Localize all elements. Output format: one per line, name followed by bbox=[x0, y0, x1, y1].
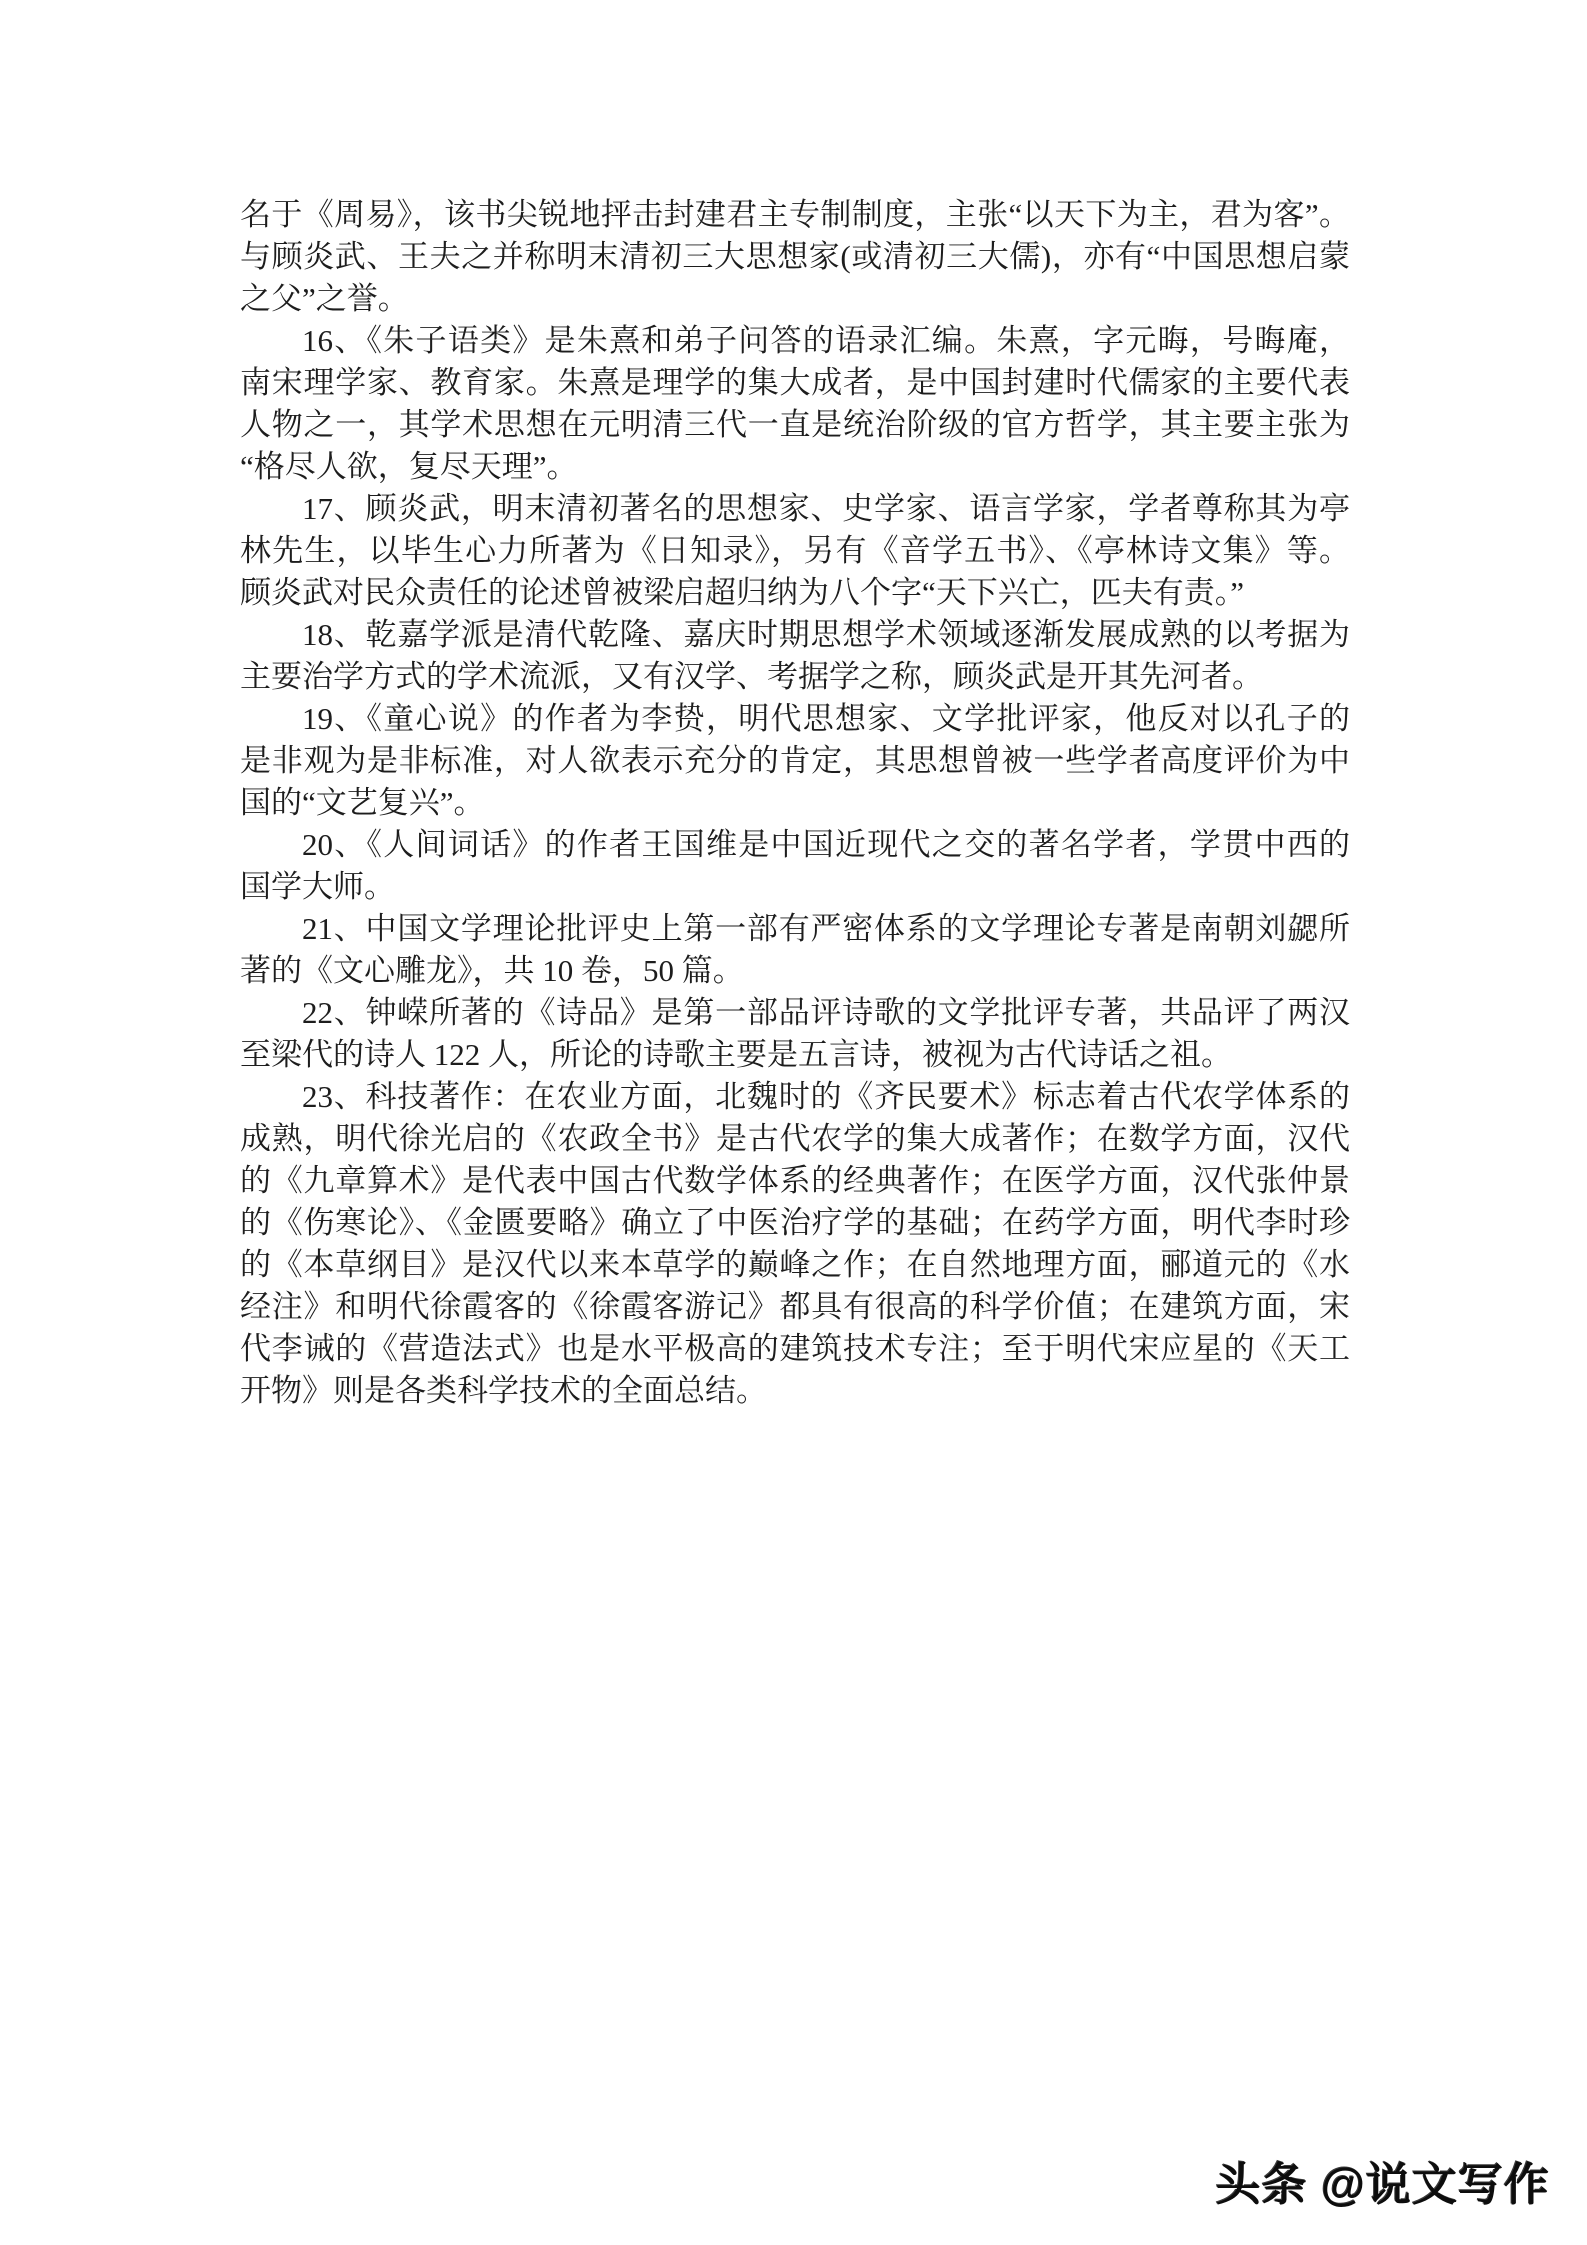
text-line: 之父”之誉。 bbox=[240, 278, 1350, 320]
text-line: 主要治学方式的学术流派，又有汉学、考据学之称，顾炎武是开其先河者。 bbox=[240, 656, 1350, 698]
paragraph: 17、顾炎武，明末清初著名的思想家、史学家、语言学家，学者尊称其为亭林先生，以毕… bbox=[240, 488, 1350, 614]
text-line: 名于《周易》，该书尖锐地抨击封建君主专制制度，主张“以天下为主，君为客”。 bbox=[240, 194, 1350, 236]
text-line: 经注》和明代徐霞客的《徐霞客游记》都具有很高的科学价值；在建筑方面，宋 bbox=[240, 1286, 1350, 1328]
text-line: 著的《文心雕龙》，共 10 卷，50 篇。 bbox=[240, 950, 1350, 992]
text-line: 人物之一，其学术思想在元明清三代一直是统治阶级的官方哲学，其主要主张为 bbox=[240, 404, 1350, 446]
paragraph: 名于《周易》，该书尖锐地抨击封建君主专制制度，主张“以天下为主，君为客”。与顾炎… bbox=[240, 194, 1350, 320]
text-line: “格尽人欲，复尽天理”。 bbox=[240, 446, 1350, 488]
text-line: 的《伤寒论》、《金匮要略》确立了中医治疗学的基础；在药学方面，明代李时珍 bbox=[240, 1202, 1350, 1244]
paragraph: 19、《童心说》的作者为李贽，明代思想家、文学批评家，他反对以孔子的是非观为是非… bbox=[240, 698, 1350, 824]
text-line: 开物》则是各类科学技术的全面总结。 bbox=[240, 1370, 1350, 1412]
paragraph: 22、钟嵘所著的《诗品》是第一部品评诗歌的文学批评专著，共品评了两汉至梁代的诗人… bbox=[240, 992, 1350, 1076]
text-line: 的《九章算术》是代表中国古代数学体系的经典著作；在医学方面，汉代张仲景 bbox=[240, 1160, 1350, 1202]
text-line: 22、钟嵘所著的《诗品》是第一部品评诗歌的文学批评专著，共品评了两汉 bbox=[240, 992, 1350, 1034]
text-line: 国的“文艺复兴”。 bbox=[240, 782, 1350, 824]
paragraph: 16、《朱子语类》是朱熹和弟子问答的语录汇编。朱熹，字元晦，号晦庵，南宋理学家、… bbox=[240, 320, 1350, 488]
text-line: 至梁代的诗人 122 人，所论的诗歌主要是五言诗，被视为古代诗话之祖。 bbox=[240, 1034, 1350, 1076]
paragraph: 23、科技著作：在农业方面，北魏时的《齐民要术》标志着古代农学体系的成熟，明代徐… bbox=[240, 1076, 1350, 1412]
text-line: 21、中国文学理论批评史上第一部有严密体系的文学理论专著是南朝刘勰所 bbox=[240, 908, 1350, 950]
text-line: 林先生，以毕生心力所著为《日知录》，另有《音学五书》、《亭林诗文集》等。 bbox=[240, 530, 1350, 572]
text-line: 成熟，明代徐光启的《农政全书》是古代农学的集大成著作；在数学方面，汉代 bbox=[240, 1118, 1350, 1160]
text-line: 与顾炎武、王夫之并称明末清初三大思想家(或清初三大儒)，亦有“中国思想启蒙 bbox=[240, 236, 1350, 278]
paragraph: 21、中国文学理论批评史上第一部有严密体系的文学理论专著是南朝刘勰所著的《文心雕… bbox=[240, 908, 1350, 992]
text-line: 代李诫的《营造法式》也是水平极高的建筑技术专注；至于明代宋应星的《天工 bbox=[240, 1328, 1350, 1370]
document-page: 名于《周易》，该书尖锐地抨击封建君主专制制度，主张“以天下为主，君为客”。与顾炎… bbox=[0, 0, 1587, 2245]
text-line: 19、《童心说》的作者为李贽，明代思想家、文学批评家，他反对以孔子的 bbox=[240, 698, 1350, 740]
text-line: 16、《朱子语类》是朱熹和弟子问答的语录汇编。朱熹，字元晦，号晦庵， bbox=[240, 320, 1350, 362]
text-line: 南宋理学家、教育家。朱熹是理学的集大成者，是中国封建时代儒家的主要代表 bbox=[240, 362, 1350, 404]
text-line: 的《本草纲目》是汉代以来本草学的巅峰之作；在自然地理方面，郦道元的《水 bbox=[240, 1244, 1350, 1286]
paragraph: 20、《人间词话》的作者王国维是中国近现代之交的著名学者，学贯中西的国学大师。 bbox=[240, 824, 1350, 908]
text-line: 17、顾炎武，明末清初著名的思想家、史学家、语言学家，学者尊称其为亭 bbox=[240, 488, 1350, 530]
text-line: 国学大师。 bbox=[240, 866, 1350, 908]
text-line: 顾炎武对民众责任的论述曾被梁启超归纳为八个字“天下兴亡，匹夫有责。” bbox=[240, 572, 1350, 614]
text-line: 20、《人间词话》的作者王国维是中国近现代之交的著名学者，学贯中西的 bbox=[240, 824, 1350, 866]
paragraph: 18、乾嘉学派是清代乾隆、嘉庆时期思想学术领域逐渐发展成熟的以考据为主要治学方式… bbox=[240, 614, 1350, 698]
text-line: 18、乾嘉学派是清代乾隆、嘉庆时期思想学术领域逐渐发展成熟的以考据为 bbox=[240, 614, 1350, 656]
document-body: 名于《周易》，该书尖锐地抨击封建君主专制制度，主张“以天下为主，君为客”。与顾炎… bbox=[240, 194, 1350, 1412]
watermark: 头条 @说文写作 bbox=[1216, 2160, 1550, 2210]
text-line: 是非观为是非标准，对人欲表示充分的肯定，其思想曾被一些学者高度评价为中 bbox=[240, 740, 1350, 782]
text-line: 23、科技著作：在农业方面，北魏时的《齐民要术》标志着古代农学体系的 bbox=[240, 1076, 1350, 1118]
